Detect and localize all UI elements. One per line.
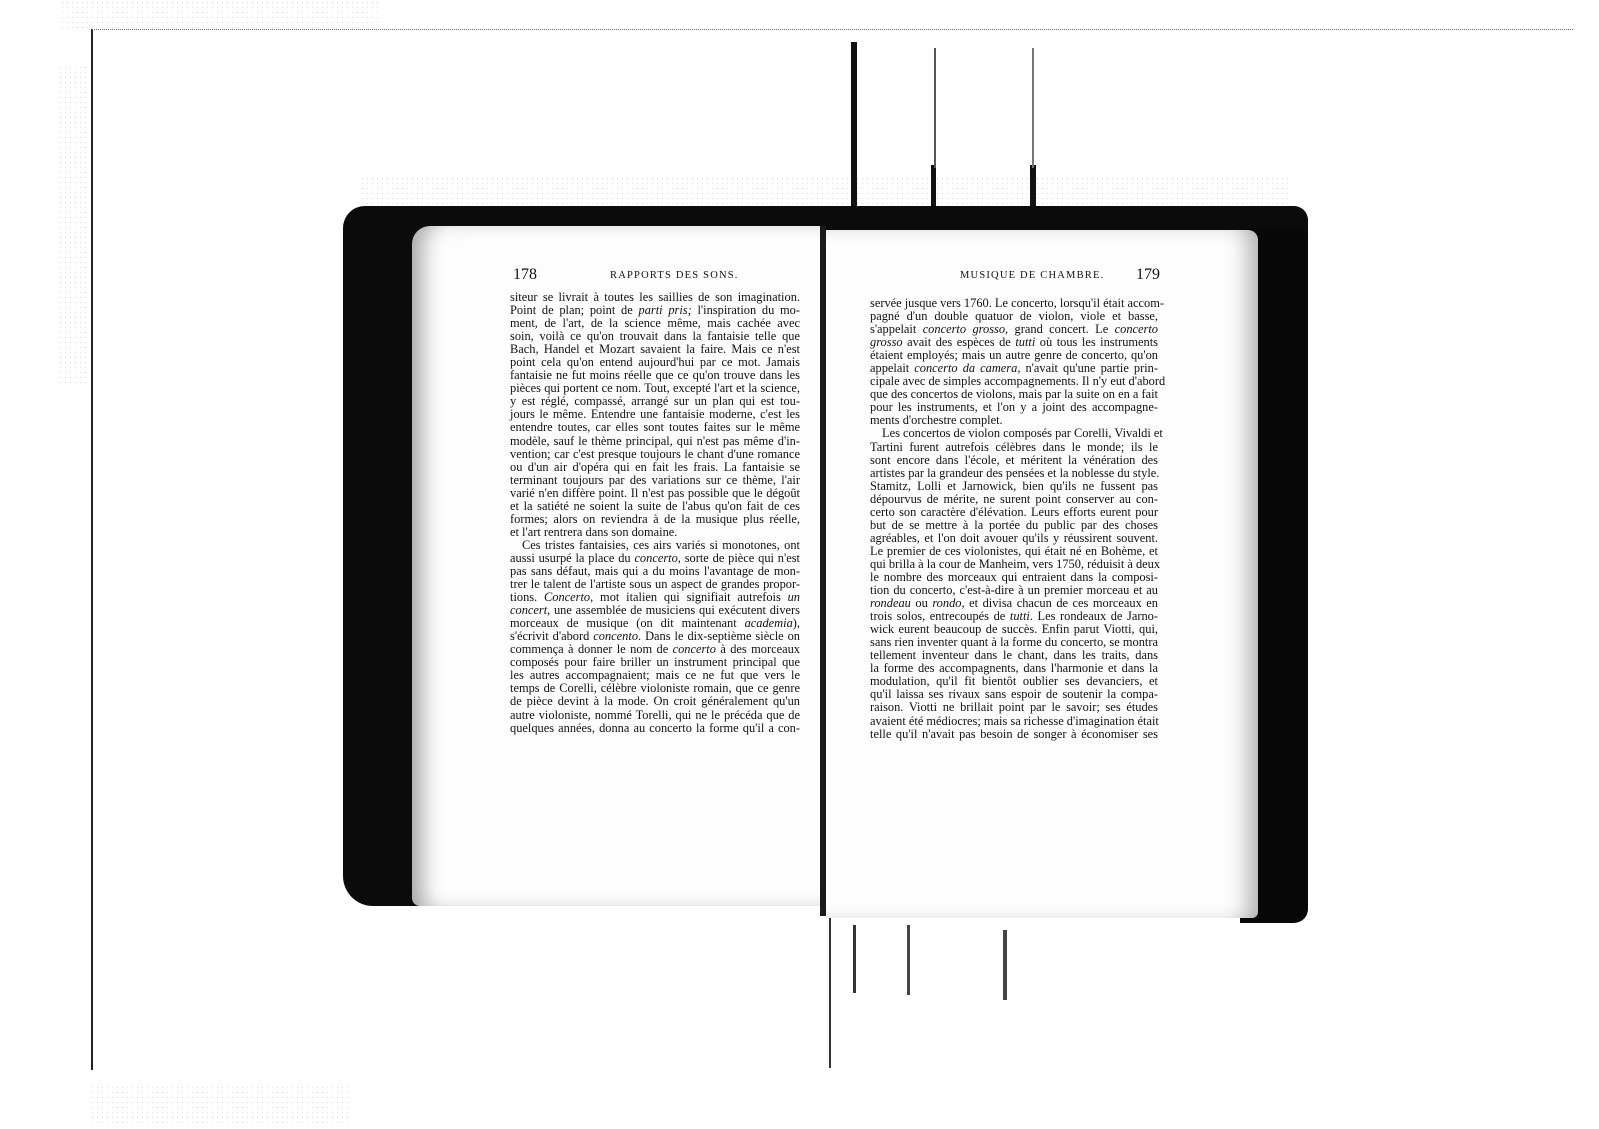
left-page-body: siteur se livrait à toutes les saillies … — [510, 291, 800, 735]
text-line: artistes par la grandeur des pensées et … — [870, 467, 1158, 480]
text-line: sont encore dans l'école, et méritent la… — [870, 454, 1158, 467]
text-line: varié n'en diffère point. Il n'est pas p… — [510, 487, 800, 500]
text-line: Le premier de ces violonistes, qui était… — [870, 545, 1158, 558]
clip-strip-bottom-1 — [853, 925, 856, 993]
book-gutter — [820, 226, 826, 916]
left-page-number: 178 — [513, 266, 537, 284]
text-line: telle qu'il n'avait pas besoin de songer… — [870, 728, 1158, 741]
text-line: terminant toujours par des variations su… — [510, 474, 800, 487]
clip-strip-bottom-2 — [907, 925, 910, 995]
text-line: certo son caractère d'élévation. Leurs e… — [870, 506, 1158, 519]
text-line: de pièce devint à la mode. On croit géné… — [510, 695, 800, 708]
text-line: modèle, sauf le thème principal, qui n'e… — [510, 435, 800, 448]
right-page-header: MUSIQUE DE CHAMBRE. 179 — [870, 266, 1160, 284]
page-marker-line-top-2 — [1032, 48, 1034, 168]
text-line: entendre toutes, car elles sont toutes f… — [510, 421, 800, 434]
clip-strip-bottom-3 — [1003, 930, 1007, 1000]
text-line: Les concertos de violon composés par Cor… — [870, 427, 1158, 440]
text-line: Stamitz, Lolli et Jarnowick, bien qu'ils… — [870, 480, 1158, 493]
text-line: autre violoniste, nommé Torelli, qui ne … — [510, 709, 800, 722]
spine-line-lower — [829, 906, 831, 1068]
text-line: vention; car c'est presque toujours le c… — [510, 448, 800, 461]
left-running-head: RAPPORTS DES SONS. — [610, 270, 739, 281]
right-page-number: 179 — [1136, 266, 1160, 284]
clip-strip-top-1 — [851, 42, 857, 232]
scan-noise-top-left — [60, 0, 380, 30]
text-line: et la satiété ne soient la suite de l'ab… — [510, 500, 800, 513]
text-line: dépourvus de mérite, ne surent point con… — [870, 493, 1158, 506]
left-page-header: 178 RAPPORTS DES SONS. — [513, 266, 803, 284]
text-line: Tartini furent autrefois célèbres dans l… — [870, 441, 1158, 454]
text-line: but de se mettre à la portée du public p… — [870, 519, 1158, 532]
text-line: et l'art rentrera dans son domaine. — [510, 526, 800, 539]
text-line: raison. Viotti ne brillait point par le … — [870, 701, 1158, 714]
page-marker-line-top — [934, 48, 936, 168]
clip-strip-top-2 — [931, 165, 936, 210]
right-running-head: MUSIQUE DE CHAMBRE. — [960, 270, 1104, 281]
text-line: avaient été médiocres; mais sa richesse … — [870, 715, 1158, 728]
text-line: quelques années, donna au concerto la fo… — [510, 722, 800, 735]
text-line: agréables, et l'on doit avouer qu'ils y … — [870, 532, 1158, 545]
right-page-body: servée jusque vers 1760. Le concerto, lo… — [870, 297, 1158, 741]
scan-noise-bottom — [90, 1085, 350, 1125]
text-line: formes; alors on reviendra à de la musiq… — [510, 513, 800, 526]
scan-noise-left — [58, 65, 90, 385]
scan-noise-above-book — [360, 176, 1290, 210]
text-line: ou d'un air d'opéra qui en fait les frai… — [510, 461, 800, 474]
